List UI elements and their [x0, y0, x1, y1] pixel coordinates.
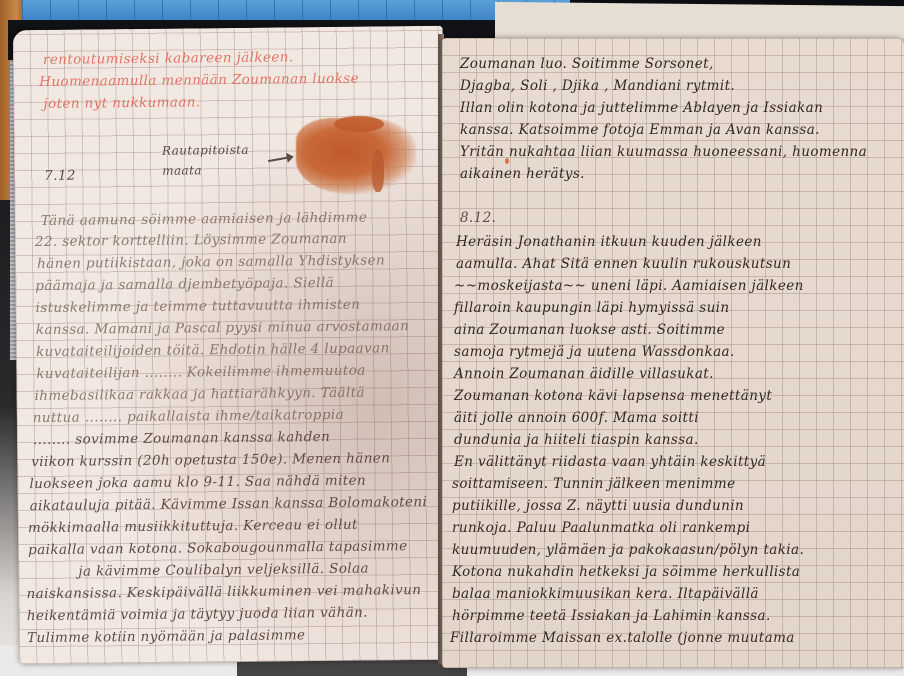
diary-line: Fillaroimme Maissan ex.talolle (jonne mu…	[450, 630, 795, 646]
diary-line: kuvataiteilijan ........ Kokeilimme ihme…	[36, 363, 366, 382]
diary-line: kanssa. Mamani ja Pascal pyysi minua arv…	[36, 318, 410, 338]
diary-line: heikentämiä voimia ja täytyy juoda liian…	[27, 605, 368, 625]
diary-line: Kotona nukahdin hetkeksi ja söimme herku…	[452, 564, 800, 580]
diary-line: aikainen herätys.	[460, 166, 585, 182]
diary-line: kuumuuden, ylämäen ja pakokaasun/pölyn t…	[452, 542, 804, 558]
diary-line: ihmebasilikaa rakkaa ja hattiarähkyyn. T…	[34, 385, 365, 404]
diary-line: Zoumanan luo. Soitimme Sorsonet,	[460, 56, 714, 72]
diary-line: naiskansissa. Keskipäivällä liikkuminen …	[27, 582, 422, 602]
diary-line: äiti jolle annoin 600f. Mama soitti	[454, 410, 699, 426]
soil-smear-drip	[372, 150, 384, 192]
diary-line: ja kävimme Coulibalyn veljeksillä. Solaa	[78, 561, 369, 580]
diary-line: paikalla vaan kotona. Sokabougounmalla t…	[28, 538, 408, 558]
diary-line: kanssa. Katsoimme fotoja Emman ja Avan k…	[460, 122, 820, 138]
diary-line: Zoumanan kotona kävi lapsensa menettänyt	[454, 388, 772, 404]
diary-line: aikatauluja pitää. Kävimme Issan kanssa …	[30, 494, 428, 514]
diary-line: fillaroin kaupungin läpi hymyissä suin	[454, 300, 730, 316]
diary-line: soittamiseen. Tunnin jälkeen menimme	[452, 476, 735, 492]
ink-spot	[505, 158, 509, 164]
diary-line: Illan olin kotona ja juttelimme Ablayen …	[460, 100, 823, 116]
diary-line: Yritän nukahtaa liian kuumassa huoneessa…	[460, 144, 867, 160]
diary-line: Djagba, Soli , Djika , Mandiani rytmit.	[460, 78, 735, 94]
diary-line: luokseen joka aamu klo 9-11. Saa nähdä m…	[29, 473, 366, 493]
entry-date: 8.12.	[460, 210, 496, 226]
diary-line: En välittänyt riidasta vaan yhtäin keski…	[454, 454, 766, 470]
diary-line: Tänä aamuna söimme aamiaisen ja lähdimme	[41, 210, 368, 229]
diary-line: mökkimaalla musiikkituttuja. Kerceau ei …	[28, 517, 358, 536]
diary-line: ........ sovimme Zoumanan kanssa kahden	[33, 429, 330, 448]
red-ink-line: rentoutumiseksi kabareen jälkeen.	[43, 49, 294, 68]
diary-line: hörpimme teetä Issiakan ja Lahimin kanss…	[452, 608, 771, 624]
diary-line: 22. sektor korttelliin. Löysimme Zoumana…	[35, 231, 347, 250]
diary-line: Annoin Zoumanan äidille villasukat.	[454, 366, 714, 382]
diary-line: istuskelimme ja teimme tuttavuutta ihmis…	[36, 297, 361, 316]
diary-line: Tulimme kotiin nyömään ja palasimme	[27, 627, 305, 646]
diary-line: runkoja. Paluu Paalunmatka oli rankempi	[452, 520, 750, 536]
entry-date: 7.12	[44, 168, 76, 184]
diary-line: putiikille, jossa Z. näytti uusia dundun…	[452, 498, 744, 514]
annotation-line: maata	[162, 163, 202, 177]
diary-line: ~~moskeijasta~~ uneni läpi. Aamiaisen jä…	[454, 278, 804, 294]
diary-line: kuvataiteilijoiden töitä. Ehdotin hälle …	[36, 340, 390, 360]
diary-line: balaa maniokkimuusikan kera. Iltapäiväll…	[452, 586, 759, 602]
soil-smear-top	[334, 116, 384, 132]
diary-line: aamulla. Ahat Sitä ennen kuulin rukousku…	[456, 256, 791, 272]
diary-line: nuttua ........ paikallaista ihme/taikat…	[33, 407, 344, 426]
diary-line: viikon kurssin (20h opetusta 150e). Mene…	[31, 450, 390, 470]
annotation-line: Rautapitoista	[162, 143, 249, 158]
diary-line: samoja rytmejä ja uutena Wassdonkaa.	[454, 344, 735, 360]
notebook-right-page: Zoumanan luo. Soitimme Sorsonet, Djagba,…	[442, 38, 904, 668]
diary-line: hänen putiikistaan, joka on samalla Yhdi…	[37, 252, 385, 272]
red-ink-line: Huomenaamulla mennään Zoumanan luokse	[39, 71, 359, 90]
diary-line: dundunia ja hiiteli tiaspin kanssa.	[454, 432, 699, 448]
dark-object	[237, 660, 467, 676]
diary-line: Heräsin Jonathanin itkuun kuuden jälkeen	[456, 234, 762, 250]
red-ink-line: joten nyt nukkumaan.	[43, 94, 200, 112]
diary-line: päämaja ja samalla djembetyöpaja. Siellä	[35, 275, 334, 294]
diary-line: aina Zoumanan luokse asti. Soitimme	[454, 322, 725, 338]
